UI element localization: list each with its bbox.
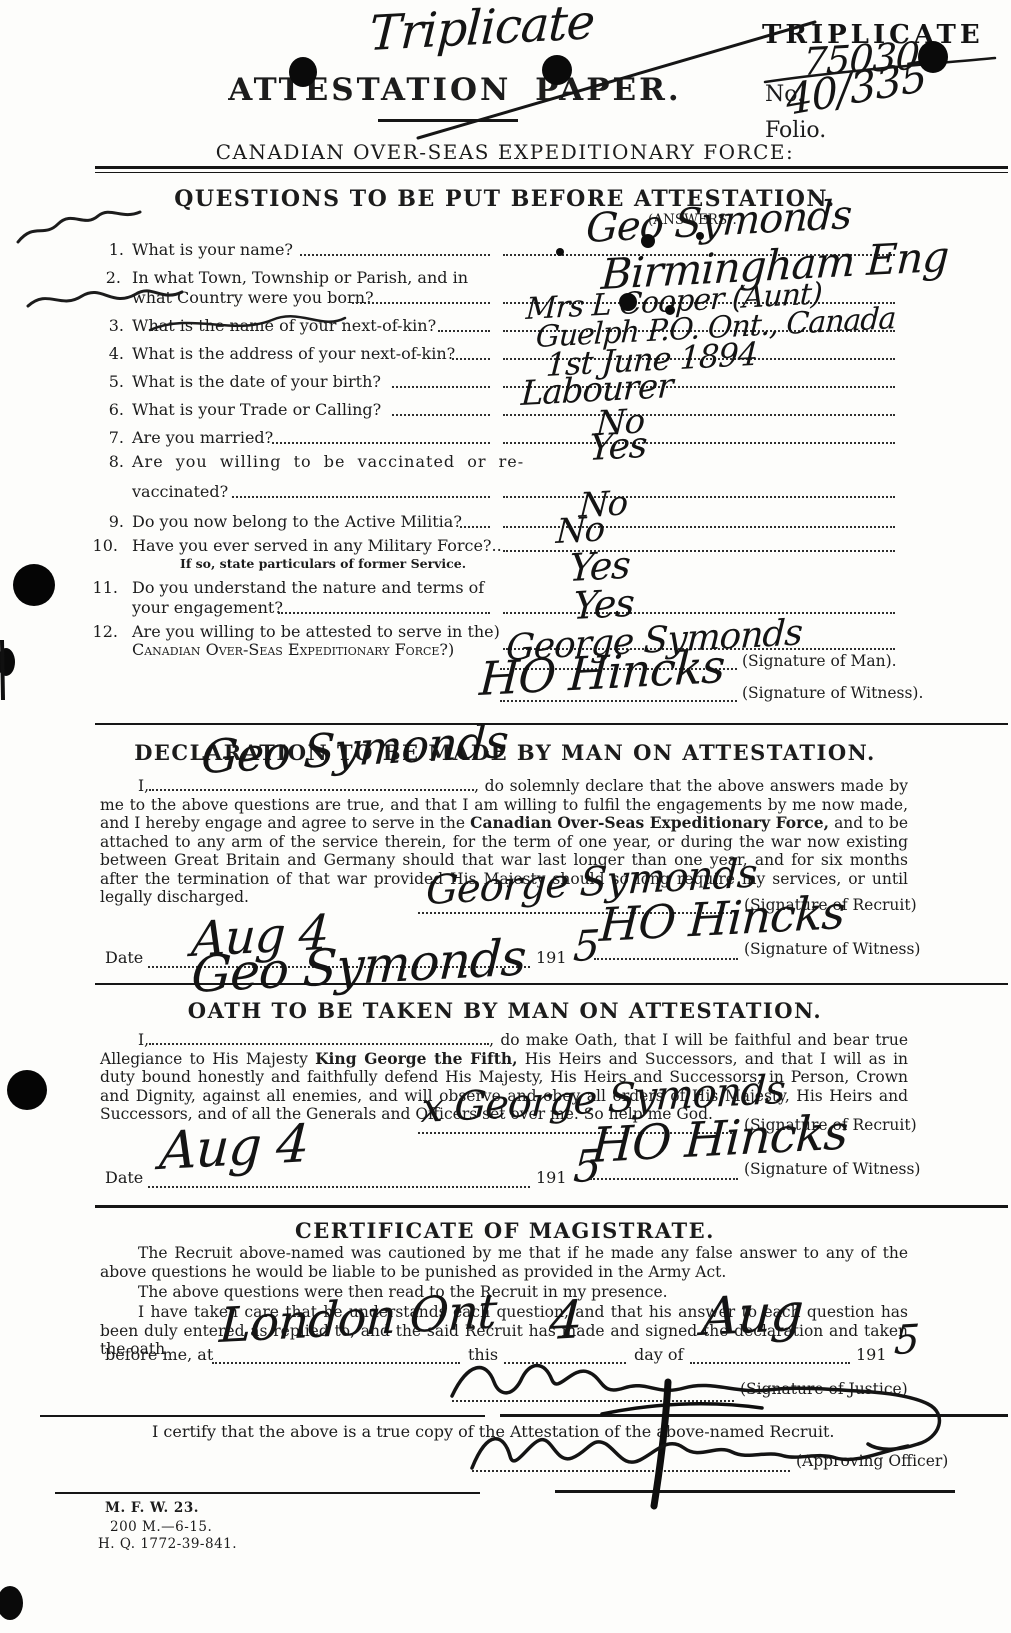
footer-divider: [55, 1492, 480, 1494]
question-text: your engagement?: [132, 598, 283, 617]
dotted-leader: [352, 302, 490, 304]
section-divider: [95, 723, 1008, 725]
question-number: 3.: [98, 316, 124, 335]
approving-officer-label: (Approving Officer): [796, 1452, 948, 1470]
question-text: Are you willing to be attested to serve …: [132, 622, 500, 641]
day-handwritten: 4: [548, 1290, 583, 1352]
justice-signature-line: [452, 1400, 734, 1402]
certificate-para1: The Recruit above-named was cautioned by…: [100, 1244, 908, 1281]
ink-streak: [2, 640, 3, 700]
hole-punch: [13, 564, 55, 606]
oath-king-bold: King George the Fifth,: [315, 1049, 517, 1068]
question-text: What is the date of your birth?: [132, 372, 381, 391]
month-blank-line: [690, 1362, 850, 1364]
question-text: Do you now belong to the Active Militia?: [132, 512, 462, 531]
answer-line: [503, 612, 895, 614]
date-handwritten: Aug 4: [158, 1114, 310, 1182]
place-blank-line: [212, 1362, 460, 1364]
declaration-intro: I,: [138, 777, 149, 795]
question-text: In what Town, Township or Parish, and in: [132, 268, 468, 287]
form-code: M. F. W. 23.: [105, 1500, 199, 1516]
witness-signature-label: (Signature of Witness): [744, 1160, 920, 1178]
declaration-force-bold: Canadian Over-Seas Expeditionary Force,: [470, 813, 829, 832]
question-number: 6.: [98, 400, 124, 419]
question-text: Have you ever served in any Military For…: [132, 536, 502, 555]
dotted-leader: [392, 414, 490, 416]
approving-signature-line: [472, 1470, 790, 1472]
question-text: vaccinated?: [132, 482, 228, 501]
dotted-leader: [460, 526, 490, 528]
question-number: 8.: [98, 452, 124, 471]
year-prefix: 191: [856, 1345, 887, 1364]
hq-code: H. Q. 1772-39-841.: [98, 1536, 237, 1552]
date-blank-line: [148, 1186, 530, 1188]
section-divider: [500, 1414, 1008, 1417]
year-handwritten: 5: [893, 1317, 920, 1364]
signature-line: [500, 700, 737, 702]
attestation-paper-scan: Triplicate ATTESTATION PAPER. TRIPLICATE…: [0, 0, 1011, 1633]
certificate-title: CERTIFICATE OF MAGISTRATE.: [95, 1218, 915, 1243]
signature-of-witness-handwritten: HO Hincks: [478, 639, 726, 706]
question-number: 1.: [98, 240, 124, 259]
question-number: 7.: [98, 428, 124, 447]
question-number: 2.: [95, 268, 121, 287]
certify-line: I certify that the above is a true copy …: [152, 1422, 835, 1441]
approving-cross-stroke: [602, 1404, 762, 1414]
dotted-leader: [452, 358, 490, 360]
hole-punch: [7, 1070, 47, 1110]
force-title: CANADIAN OVER-SEAS EXPEDITIONARY FORCE:: [95, 140, 915, 164]
question-number: 4.: [98, 344, 124, 363]
date-label: Date: [105, 1168, 143, 1187]
dotted-leader: [438, 330, 490, 332]
question-note: If so, state particulars of former Servi…: [180, 556, 466, 571]
ink-blob: [0, 648, 15, 676]
print-run-code: 200 M.—6-15.: [110, 1519, 212, 1535]
title-underline: [378, 119, 518, 122]
oath-intro: I,: [138, 1031, 149, 1049]
year-handwritten: 5: [572, 920, 600, 971]
answer-line: [503, 496, 895, 498]
section-divider: [40, 1415, 485, 1417]
pen-scribble: [18, 212, 140, 242]
year-prefix: 191: [536, 1168, 567, 1187]
dotted-leader: [232, 496, 490, 498]
day-of-label: day of: [634, 1345, 683, 1364]
question-number: 10.: [92, 536, 118, 555]
name-blank-line: [149, 776, 474, 791]
footer-divider: [555, 1490, 955, 1493]
justice-signature-label: (Signature of Justice): [740, 1380, 908, 1398]
question-text: Canadian Over-Seas Expeditionary Force?): [132, 640, 454, 659]
date-label: Date: [105, 948, 143, 967]
page-title: ATTESTATION PAPER.: [150, 72, 760, 108]
year-prefix: 191: [536, 948, 567, 967]
question-text: What is your name?: [132, 240, 293, 259]
question-text: What is the address of your next-of-kin?: [132, 344, 455, 363]
question-number: 11.: [92, 578, 118, 597]
name-blank-line: [149, 1030, 489, 1045]
signature-of-man-label: (Signature of Man).: [742, 652, 897, 670]
question-text: Are you married?: [132, 428, 273, 447]
signature-of-witness-label: (Signature of Witness).: [742, 684, 923, 702]
question-text: What is your Trade or Calling?: [132, 400, 381, 419]
question-text: Are you willing to be vaccinated or re-: [132, 452, 524, 471]
signature-line: [594, 958, 738, 960]
answer-handwritten: Yes: [588, 425, 648, 469]
question-number: 5.: [98, 372, 124, 391]
dotted-leader: [278, 612, 490, 614]
dotted-leader: [392, 386, 490, 388]
before-me-label: before me, at: [105, 1345, 213, 1364]
dotted-leader: [272, 442, 490, 444]
section-divider: [95, 1205, 1008, 1208]
answer-line: [503, 442, 895, 444]
answer-line: [503, 414, 895, 416]
handwritten-copy-note: Triplicate: [368, 0, 596, 62]
dotted-leader: [300, 254, 490, 256]
header-rule-thin: [95, 172, 1008, 173]
day-blank-line: [504, 1362, 626, 1364]
question-text: What is the name of your next-of-kin?: [132, 316, 436, 335]
ink-blob: [0, 1586, 23, 1620]
question-number: 12.: [92, 622, 118, 641]
question-text: Do you understand the nature and terms o…: [132, 578, 484, 597]
month-handwritten: Aug: [700, 1282, 804, 1348]
signature-line: [590, 1178, 738, 1180]
header-rule-thick: [95, 166, 1008, 169]
this-label: this: [468, 1345, 498, 1364]
witness-signature-label: (Signature of Witness): [744, 940, 920, 958]
question-number: 9.: [98, 512, 124, 531]
question-text: what Country were you born?: [132, 288, 374, 307]
